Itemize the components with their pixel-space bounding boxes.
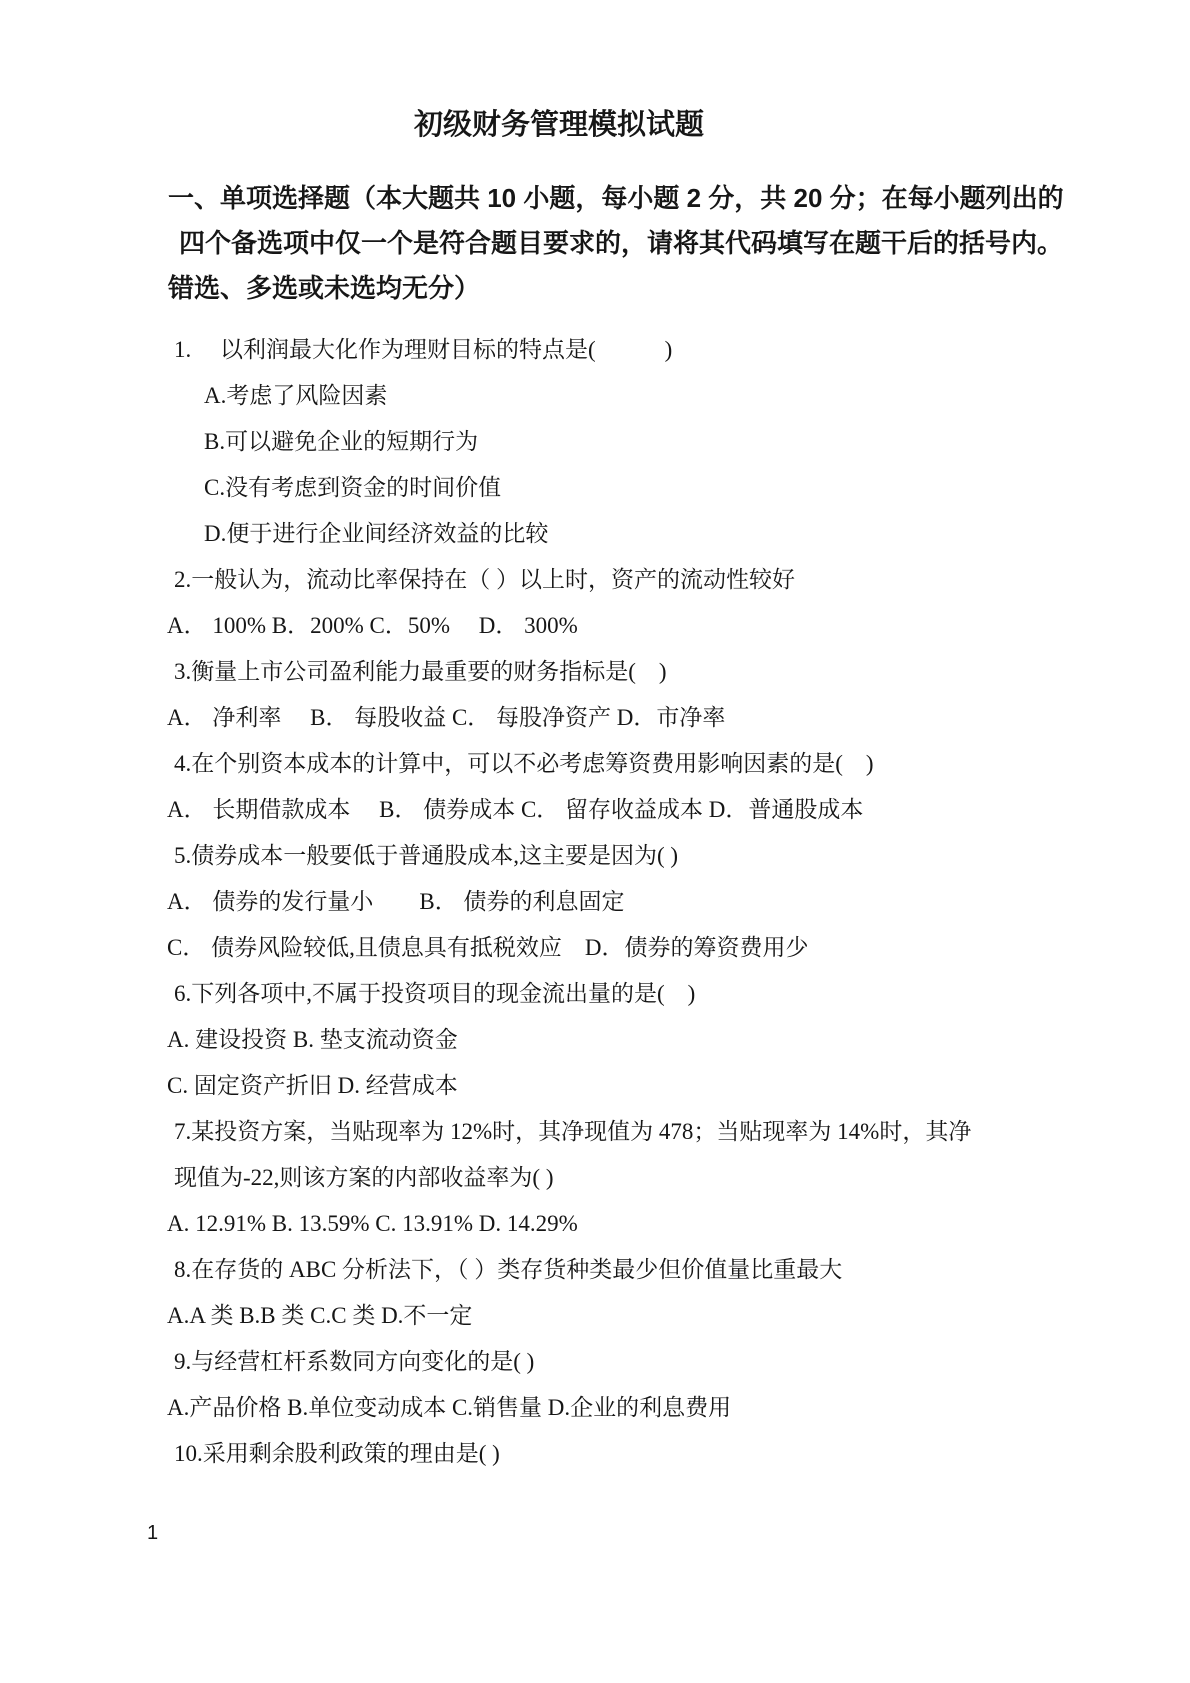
question-9: 9.与经营杠杆系数同方向变化的是( ) A.产品价格 B.单位变动成本 C.销售… <box>0 1339 1190 1431</box>
option-line: C. 固定资产折旧 D. 经营成本 <box>0 1063 1190 1109</box>
question-stem: 8.在存货的 ABC 分析法下，（ ）类存货种类最少但价值量比重最大 <box>0 1247 1190 1293</box>
question-stem: 4.在个别资本成本的计算中，可以不必考虑筹资费用影响因素的是( ) <box>0 741 1190 787</box>
section-heading-line: 错选、多选或未选均无分） <box>168 266 1190 311</box>
option-line: A.A 类 B.B 类 C.C 类 D.不一定 <box>0 1293 1190 1339</box>
option-line: A． 债券的发行量小 B． 债券的利息固定 <box>0 879 1190 925</box>
question-stem: 3.衡量上市公司盈利能力最重要的财务指标是( ) <box>0 649 1190 695</box>
question-stem: 6.下列各项中,不属于投资项目的现金流出量的是( ) <box>0 971 1190 1017</box>
question-6: 6.下列各项中,不属于投资项目的现金流出量的是( ) A. 建设投资 B. 垫支… <box>0 971 1190 1109</box>
question-stem: 5.债券成本一般要低于普通股成本,这主要是因为( ) <box>0 833 1190 879</box>
section-heading: 一、单项选择题（本大题共 10 小题，每小题 2 分，共 20 分；在每小题列出… <box>0 176 1190 311</box>
question-stem: 2.一般认为，流动比率保持在（ ）以上时，资产的流动性较好 <box>0 557 1190 603</box>
question-8: 8.在存货的 ABC 分析法下，（ ）类存货种类最少但价值量比重最大 A.A 类… <box>0 1247 1190 1339</box>
page-title: 初级财务管理模拟试题 <box>0 0 1190 144</box>
section-heading-line: 四个备选项中仅一个是符合题目要求的，请将其代码填写在题干后的括号内。 <box>168 221 1190 266</box>
question-stem: 7.某投资方案，当贴现率为 12%时，其净现值为 478；当贴现率为 14%时，… <box>0 1109 1190 1155</box>
question-7: 7.某投资方案，当贴现率为 12%时，其净现值为 478；当贴现率为 14%时，… <box>0 1109 1190 1247</box>
question-stem: 9.与经营杠杆系数同方向变化的是( ) <box>0 1339 1190 1385</box>
question-4: 4.在个别资本成本的计算中，可以不必考虑筹资费用影响因素的是( ) A． 长期借… <box>0 741 1190 833</box>
question-3: 3.衡量上市公司盈利能力最重要的财务指标是( ) A． 净利率 B． 每股收益 … <box>0 649 1190 741</box>
option-line: C． 债券风险较低,且债息具有抵税效应 D．债券的筹资费用少 <box>0 925 1190 971</box>
option-line: A. 建设投资 B. 垫支流动资金 <box>0 1017 1190 1063</box>
option-line: D.便于进行企业间经济效益的比较 <box>0 511 1190 557</box>
option-line: A． 净利率 B． 每股收益 C． 每股净资产 D．市净率 <box>0 695 1190 741</box>
option-line: B.可以避免企业的短期行为 <box>0 419 1190 465</box>
option-line: A． 100% B．200% C．50% D． 300% <box>0 603 1190 649</box>
section-heading-line: 一、单项选择题（本大题共 10 小题，每小题 2 分，共 20 分；在每小题列出… <box>168 176 1190 221</box>
option-line: A． 长期借款成本 B． 债券成本 C． 留存收益成本 D．普通股成本 <box>0 787 1190 833</box>
question-list: 1. 以利润最大化作为理财目标的特点是( ) A.考虑了风险因素 B.可以避免企… <box>0 327 1190 1477</box>
option-line: A.产品价格 B.单位变动成本 C.销售量 D.企业的利息费用 <box>0 1385 1190 1431</box>
option-line: A. 12.91% B. 13.59% C. 13.91% D. 14.29% <box>0 1201 1190 1247</box>
question-5: 5.债券成本一般要低于普通股成本,这主要是因为( ) A． 债券的发行量小 B．… <box>0 833 1190 971</box>
option-line: A.考虑了风险因素 <box>0 373 1190 419</box>
question-1: 1. 以利润最大化作为理财目标的特点是( ) A.考虑了风险因素 B.可以避免企… <box>0 327 1190 557</box>
question-stem: 1. 以利润最大化作为理财目标的特点是( ) <box>0 327 1190 373</box>
question-10: 10.采用剩余股利政策的理由是( ) <box>0 1431 1190 1477</box>
exam-document-page: 初级财务管理模拟试题 一、单项选择题（本大题共 10 小题，每小题 2 分，共 … <box>0 0 1190 1683</box>
page-number: 1 <box>147 1520 158 1546</box>
question-2: 2.一般认为，流动比率保持在（ ）以上时，资产的流动性较好 A． 100% B．… <box>0 557 1190 649</box>
option-line: C.没有考虑到资金的时间价值 <box>0 465 1190 511</box>
question-stem: 10.采用剩余股利政策的理由是( ) <box>0 1431 1190 1477</box>
question-stem-continued: 现值为-22,则该方案的内部收益率为( ) <box>0 1155 1190 1201</box>
